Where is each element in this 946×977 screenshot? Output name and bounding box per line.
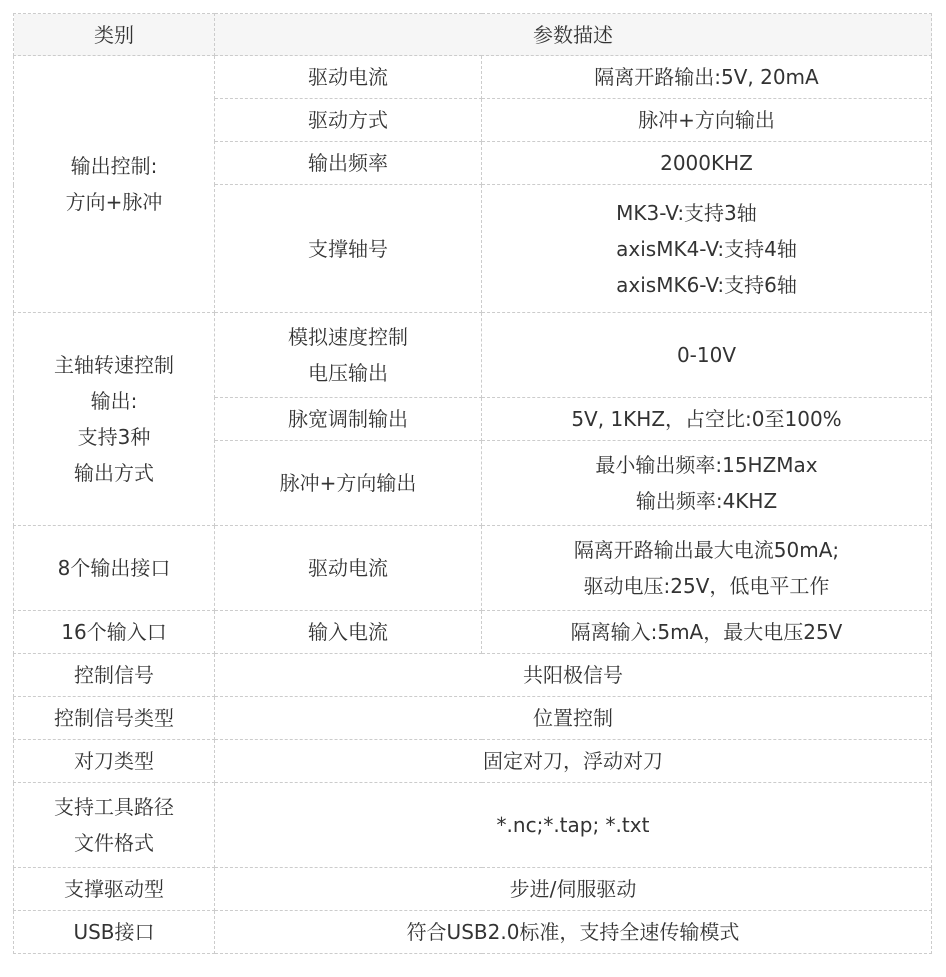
category-cell: USB接口 xyxy=(14,911,215,954)
value-cell: *.nc;*.tap; *.txt xyxy=(215,783,932,868)
table-row: 16个输入口 输入电流 隔离输入:5mA，最大电压25V xyxy=(14,611,932,654)
value-cell: 位置控制 xyxy=(215,697,932,740)
category-output-control: 输出控制: 方向+脉冲 xyxy=(14,56,215,313)
category-cell: 对刀类型 xyxy=(14,740,215,783)
param-cell: 输出频率 xyxy=(215,142,482,185)
category-spindle-control: 主轴转速控制 输出: 支持3种 输出方式 xyxy=(14,313,215,526)
param-cell: 输入电流 xyxy=(215,611,482,654)
category-outputs: 8个输出接口 xyxy=(14,526,215,611)
value-cell: MK3-V:支持3轴 axisMK4-V:支持4轴 axisMK6-V:支持6轴 xyxy=(482,185,932,313)
table-row: 控制信号 共阳极信号 xyxy=(14,654,932,697)
table-row: 主轴转速控制 输出: 支持3种 输出方式 模拟速度控制 电压输出 0-10V xyxy=(14,313,932,398)
value-cell: 共阳极信号 xyxy=(215,654,932,697)
header-description: 参数描述 xyxy=(215,14,932,56)
table-row: USB接口 符合USB2.0标准，支持全速传输模式 xyxy=(14,911,932,954)
value-cell: 隔离输入:5mA，最大电压25V xyxy=(482,611,932,654)
param-cell: 脉冲+方向输出 xyxy=(215,441,482,526)
value-cell: 脉冲+方向输出 xyxy=(482,99,932,142)
value-cell: 隔离开路输出:5V, 20mA xyxy=(482,56,932,99)
table-row: 支撑驱动型 步进/伺服驱动 xyxy=(14,868,932,911)
header-row: 类别 参数描述 xyxy=(14,14,932,56)
value-cell: 符合USB2.0标准，支持全速传输模式 xyxy=(215,911,932,954)
param-cell: 驱动电流 xyxy=(215,526,482,611)
category-cell: 支撑驱动型 xyxy=(14,868,215,911)
value-cell: 5V, 1KHZ，占空比:0至100% xyxy=(482,398,932,441)
category-cell: 控制信号类型 xyxy=(14,697,215,740)
category-inputs: 16个输入口 xyxy=(14,611,215,654)
axis-list: MK3-V:支持3轴 axisMK4-V:支持4轴 axisMK6-V:支持6轴 xyxy=(616,195,797,303)
param-cell: 脉宽调制输出 xyxy=(215,398,482,441)
value-cell: 0-10V xyxy=(482,313,932,398)
param-cell: 模拟速度控制 电压输出 xyxy=(215,313,482,398)
value-cell: 隔离开路输出最大电流50mA; 驱动电压:25V，低电平工作 xyxy=(482,526,932,611)
param-cell: 支撑轴号 xyxy=(215,185,482,313)
header-category: 类别 xyxy=(14,14,215,56)
param-cell: 驱动电流 xyxy=(215,56,482,99)
table-row: 对刀类型 固定对刀，浮动对刀 xyxy=(14,740,932,783)
value-cell: 2000KHZ xyxy=(482,142,932,185)
spec-table: 类别 参数描述 输出控制: 方向+脉冲 驱动电流 隔离开路输出:5V, 20mA… xyxy=(13,13,932,954)
table-row: 控制信号类型 位置控制 xyxy=(14,697,932,740)
category-cell: 支持工具路径 文件格式 xyxy=(14,783,215,868)
category-cell: 控制信号 xyxy=(14,654,215,697)
value-cell: 最小输出频率:15HZMax 输出频率:4KHZ xyxy=(482,441,932,526)
table-row: 8个输出接口 驱动电流 隔离开路输出最大电流50mA; 驱动电压:25V，低电平… xyxy=(14,526,932,611)
value-cell: 步进/伺服驱动 xyxy=(215,868,932,911)
value-cell: 固定对刀，浮动对刀 xyxy=(215,740,932,783)
table-row: 支持工具路径 文件格式 *.nc;*.tap; *.txt xyxy=(14,783,932,868)
param-cell: 驱动方式 xyxy=(215,99,482,142)
table-row: 输出控制: 方向+脉冲 驱动电流 隔离开路输出:5V, 20mA xyxy=(14,56,932,99)
